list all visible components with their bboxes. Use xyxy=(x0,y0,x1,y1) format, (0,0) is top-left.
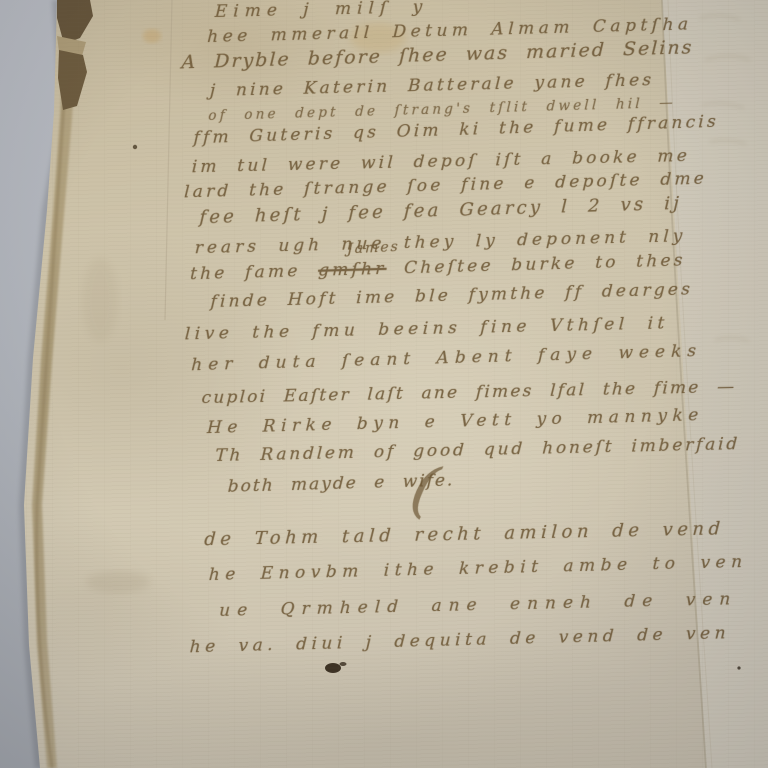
photo-of-manuscript: Eime j milſ yhee mmerall Detum Almam Cap… xyxy=(0,0,768,768)
manuscript-line-16: He Rirke byn e Vett yo mannyke xyxy=(207,405,705,438)
manuscript-line-17: Th Randlem of good qud honeſt imberfaid xyxy=(215,434,741,466)
inserted-word: James xyxy=(347,239,400,258)
manuscript-line-14: her duta ſeant Abent faye weeks xyxy=(191,341,703,375)
manuscript-line-21: ue Qrmheld ane enneh de ven xyxy=(219,589,738,621)
manuscript-line-13: live the fmu beeins fine Vthſel it xyxy=(184,313,669,344)
manuscript-line-19: de Tohm tald recht amilon de vend xyxy=(204,518,725,550)
manuscript-line-22: he va. diui j dequita de vend de ven xyxy=(189,623,730,657)
struck-word: gmſhr xyxy=(318,259,387,281)
handwritten-text-block: Eime j milſ yhee mmerall Detum Almam Cap… xyxy=(0,0,768,768)
manuscript-line-4: j nine Katerin Batterale yane fhes xyxy=(209,70,654,101)
manuscript-line-12: finde Hoft ime ble fymthe ff dearges xyxy=(210,279,693,312)
manuscript-line-1: Eime j milſ y xyxy=(214,0,428,22)
manuscript-line-20: he Enovbm ithe krebit ambe to ven xyxy=(208,552,748,585)
manuscript-line-15: cuploi Eaſter laſt ane fimes lfal the fi… xyxy=(201,377,737,408)
struck-line-post: Cheſtee burke to thes xyxy=(386,250,686,278)
struck-line-pre: the fame xyxy=(190,261,319,285)
